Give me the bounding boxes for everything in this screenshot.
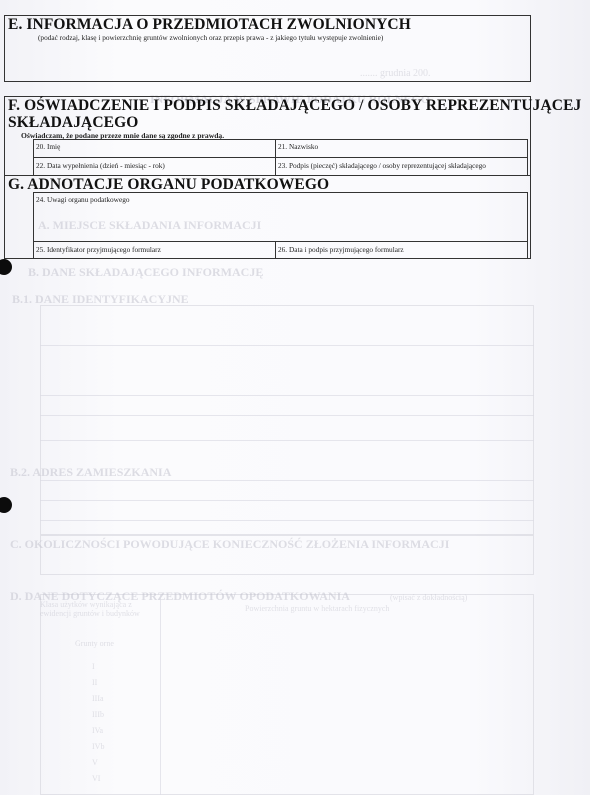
ghost-sub: Grunty orne bbox=[75, 639, 114, 648]
ghost-box-d bbox=[40, 594, 534, 795]
section-e-instruction: (podać rodzaj, klasę i powierzchnię grun… bbox=[38, 33, 383, 42]
ghost-class-label: I bbox=[92, 662, 95, 671]
ghost-rule bbox=[40, 520, 534, 521]
ghost-class-label: IIIa bbox=[92, 694, 104, 703]
ghost-col2: Powierzchnia gruntu w hektarach fizyczny… bbox=[245, 604, 389, 613]
signature-label: 23. Podpis (pieczęć) składającego / osob… bbox=[278, 161, 486, 170]
ghost-rule bbox=[40, 500, 534, 501]
receiver-id-label: 25. Identyfikator przyjmującego formular… bbox=[36, 245, 161, 254]
ghost-sec-d-note: (wpisać z dokładnością) bbox=[390, 593, 467, 602]
section-e: E. INFORMACJA O PRZEDMIOTACH ZWOLNIONYCH… bbox=[4, 15, 531, 82]
section-f: F. OŚWIADCZENIE I PODPIS SKŁADAJĄCEGO / … bbox=[4, 96, 531, 176]
section-f-title-line2: SKŁADAJĄCEGO bbox=[8, 114, 138, 132]
section-e-input[interactable] bbox=[8, 44, 527, 78]
receiver-id-field[interactable]: 25. Identyfikator przyjmującego formular… bbox=[34, 242, 275, 259]
ghost-rule bbox=[40, 345, 534, 346]
first-name-field[interactable]: 20. Imię bbox=[34, 140, 275, 157]
last-name-field[interactable]: 21. Nazwisko bbox=[276, 140, 527, 157]
ghost-rule bbox=[40, 480, 534, 481]
first-name-label: 20. Imię bbox=[36, 142, 60, 151]
ghost-sec-b: B. DANE SKŁADAJĄCEGO INFORMACJĘ bbox=[28, 265, 263, 280]
receiver-date-signature-field[interactable]: 26. Data i podpis przyjmującego formular… bbox=[276, 242, 527, 259]
ghost-class-label: IVa bbox=[92, 726, 103, 735]
section-e-title: E. INFORMACJA O PRZEDMIOTACH ZWOLNIONYCH bbox=[8, 16, 411, 34]
last-name-label: 21. Nazwisko bbox=[278, 142, 318, 151]
ghost-sec-c: C. OKOLICZNOŚCI POWODUJĄCE KONIECZNOŚĆ Z… bbox=[10, 537, 449, 552]
ghost-col-divider bbox=[160, 594, 161, 795]
ghost-rule bbox=[40, 395, 534, 396]
section-f-title-line1: F. OŚWIADCZENIE I PODPIS SKŁADAJĄCEGO / … bbox=[8, 97, 581, 115]
ghost-class-label: V bbox=[92, 758, 98, 767]
fill-date-label: 22. Data wypełnienia (dzień - miesiąc - … bbox=[36, 161, 165, 170]
ghost-sec-b2: B.2. ADRES ZAMIESZKANIA bbox=[10, 465, 171, 480]
tax-office-remarks-field[interactable]: 24. Uwagi organu podatkowego bbox=[34, 193, 527, 241]
section-g-grid: 24. Uwagi organu podatkowego 25. Identyf… bbox=[33, 192, 528, 259]
tax-office-remarks-label: 24. Uwagi organu podatkowego bbox=[36, 195, 130, 204]
ghost-class-label: VI bbox=[92, 774, 100, 783]
binder-hole-icon bbox=[0, 259, 12, 275]
ghost-rule bbox=[40, 415, 534, 416]
ghost-class-label: IIIb bbox=[92, 710, 104, 719]
receiver-date-signature-label: 26. Data i podpis przyjmującego formular… bbox=[278, 245, 404, 254]
section-f-grid: 20. Imię 21. Nazwisko 22. Data wypełnien… bbox=[33, 139, 528, 176]
ghost-rule bbox=[40, 440, 534, 441]
ghost-class-label: IVb bbox=[92, 742, 104, 751]
ghost-class-label: II bbox=[92, 678, 97, 687]
section-g: G. ADNOTACJE ORGANU PODATKOWEGO 24. Uwag… bbox=[4, 175, 531, 259]
scanned-page: ....... grudnia 200. INFORMACJA W SPRAWI… bbox=[0, 0, 590, 795]
signature-field[interactable]: 23. Podpis (pieczęć) składającego / osob… bbox=[276, 158, 527, 175]
ghost-col1: Klasa użytków wynikająca z ewidencji gru… bbox=[40, 600, 150, 618]
fill-date-field[interactable]: 22. Data wypełnienia (dzień - miesiąc - … bbox=[34, 158, 275, 175]
binder-hole-icon bbox=[0, 497, 12, 513]
